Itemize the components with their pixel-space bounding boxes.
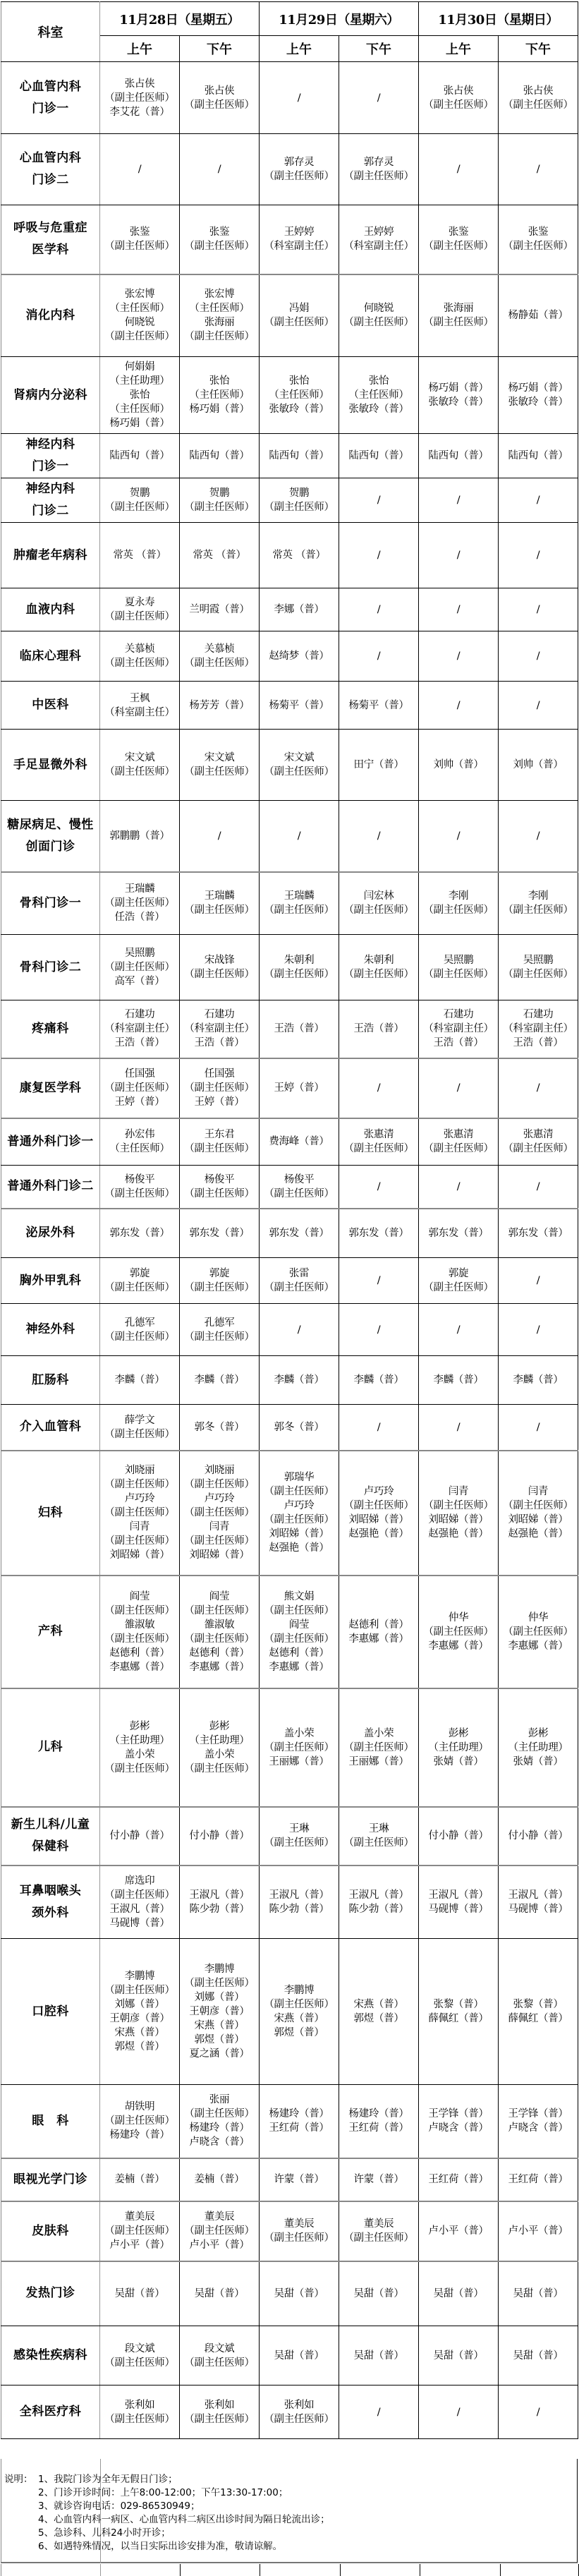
afternoon-slot-cell: / <box>339 1058 419 1118</box>
date-header-2: 11月29日（星期六） <box>260 2 419 36</box>
doctor-line: 卢小平（普） <box>419 2224 498 2238</box>
schedule-body: 心血管内科门诊一张占侠（副主任医师）李艾花（普）张占侠（副主任医师）//张占侠（… <box>1 62 578 2439</box>
department-cell: 手足显微外科 <box>1 730 100 801</box>
afternoon-slot-cell: 吴甜（普） <box>499 2261 578 2326</box>
doctor-line: 王婷婷 <box>260 225 339 239</box>
doctor-line: 李鹏博 <box>100 1969 179 1983</box>
morning-slot-cell: 贺鹏（副主任医师） <box>100 478 180 523</box>
afternoon-slot-cell: 常英 （普） <box>180 523 260 588</box>
morning-slot-cell: 杨建玲（普）王红荷（普） <box>260 2085 339 2158</box>
afternoon-slot-cell: 王婷婷（科室副主任） <box>339 205 419 274</box>
doctor-line: 杨巧娟（普） <box>180 402 259 416</box>
department-cell: 骨科门诊二 <box>1 935 100 1000</box>
doctor-line: 王婷（普） <box>100 1095 179 1109</box>
afternoon-slot-cell: 王学锋（普）卢晓含（普） <box>499 2085 578 2158</box>
afternoon-slot-cell: / <box>499 1405 578 1451</box>
doctor-line: 段文斌 <box>100 2342 179 2356</box>
doctor-line: 王浩（普） <box>339 1022 418 1036</box>
doctor-line: 赵德利（普） <box>339 1618 418 1632</box>
doctor-line: 陈少勃（普） <box>339 1902 418 1916</box>
afternoon-slot-cell: / <box>180 801 260 872</box>
doctor-line: （副主任医师） <box>180 765 259 779</box>
doctor-line: （副主任医师） <box>100 239 179 253</box>
doctor-line: （副主任医师） <box>339 1499 418 1513</box>
doctor-line: （副主任医师） <box>499 1499 578 1513</box>
afternoon-slot-cell: / <box>339 2385 419 2439</box>
afternoon-slot-cell: / <box>339 1166 419 1209</box>
morning-slot-cell: 席选印（副主任医师）王淑凡（普）马砚博（普） <box>100 1866 180 1939</box>
table-row: 儿科彭彬（主任助理）盖小荣（副主任医师）彭彬（主任助理）盖小荣（副主任医师）盖小… <box>1 1688 578 1807</box>
doctor-line: 王红荷（普） <box>419 2172 498 2187</box>
doctor-line: 王浩（普） <box>100 1036 179 1050</box>
department-name: 神经内科 <box>1 434 99 456</box>
half-header: 上午 <box>100 36 180 62</box>
morning-slot-cell: / <box>419 523 499 588</box>
doctor-line: （副主任医师） <box>419 1499 498 1513</box>
morning-slot-cell: 李麟（普） <box>260 1356 339 1405</box>
doctor-line: / <box>339 1323 418 1337</box>
doctor-line: 郭东发（普） <box>499 1226 578 1240</box>
doctor-line: （副主任医师） <box>260 1997 339 2012</box>
department-name: 消化内科 <box>1 305 99 327</box>
afternoon-slot-cell: 关慕桢（副主任医师） <box>180 631 260 682</box>
doctor-line: 王朝彦（普） <box>100 2012 179 2026</box>
afternoon-slot-cell: / <box>499 478 578 523</box>
morning-slot-cell: 王婷（普） <box>260 1058 339 1118</box>
table-row: 骨科门诊二吴照鹏（副主任医师）高军（普）宋战锋（副主任医师）朱朝利（副主任医师）… <box>1 935 578 1000</box>
doctor-line: 王婷（普） <box>180 1095 259 1109</box>
half-header: 上午 <box>260 36 339 62</box>
doctor-line: / <box>419 829 498 843</box>
afternoon-slot-cell: 彭彬（主任助理）张婧（普） <box>499 1688 578 1807</box>
doctor-line: 杨巧娟（普） <box>499 381 578 395</box>
doctor-line: 赵强艳（普） <box>260 1541 339 1555</box>
doctor-line: （副主任医师） <box>419 239 498 253</box>
doctor-line: 杨巧娟（普） <box>100 416 179 430</box>
note-item: 5、急诊科、儿科24小时开诊； <box>38 2527 330 2540</box>
doctor-line: 付小静（普） <box>499 1829 578 1843</box>
morning-slot-cell: 刘晓丽（副主任医师）卢巧玲（副主任医师）闫青（副主任医师）刘昭娣（普） <box>100 1451 180 1576</box>
doctor-line: / <box>339 1420 418 1434</box>
doctor-line: 陆西旬（普） <box>339 449 418 463</box>
doctor-line: 李刚 <box>419 889 498 903</box>
doctor-line: （副主任医师） <box>339 967 418 981</box>
morning-slot-cell: 董美辰（副主任医师）卢小平（普） <box>100 2201 180 2261</box>
doctor-line: 陆西旬（普） <box>100 449 179 463</box>
morning-slot-cell: / <box>419 478 499 523</box>
doctor-line: / <box>419 493 498 507</box>
doctor-line: 闫宏林 <box>339 889 418 903</box>
afternoon-slot-cell: / <box>499 588 578 631</box>
morning-slot-cell: 杨菊平（普） <box>260 682 339 730</box>
doctor-line: （副主任医师） <box>100 500 179 514</box>
department-name: 手足显微外科 <box>1 754 99 776</box>
doctor-line: （副主任医师） <box>260 1513 339 1527</box>
morning-slot-cell: 王枫（科室副主任） <box>100 682 180 730</box>
doctor-line: 刘昭娣（普） <box>419 1513 498 1527</box>
doctor-line: （副主任医师） <box>499 967 578 981</box>
doctor-line: （科室副主任） <box>100 1022 179 1036</box>
doctor-line: 王淑凡（普） <box>499 1888 578 1902</box>
doctor-line: 闫青 <box>100 1520 179 1534</box>
doctor-line: 张惠清 <box>499 1127 578 1142</box>
department-cell: 神经内科门诊二 <box>1 478 100 523</box>
department-cell: 发热门诊 <box>1 2261 100 2326</box>
doctor-line: 郭煜（普） <box>260 2026 339 2040</box>
table-row: 介入血管科薛学文（副主任医师）郭冬（普）郭冬（普）/// <box>1 1405 578 1451</box>
afternoon-slot-cell: 朱朝利（副主任医师） <box>339 935 419 1000</box>
afternoon-slot-cell: / <box>180 134 260 205</box>
afternoon-slot-cell: 杨菊平（普） <box>339 682 419 730</box>
doctor-line: （主任助理） <box>419 1741 498 1755</box>
doctor-line: 张敏玲（普） <box>499 395 578 409</box>
doctor-line: 杨静茹（普） <box>499 308 578 322</box>
doctor-line: 李艾花（普） <box>100 105 179 119</box>
doctor-line: 高军（普） <box>100 974 179 988</box>
department-name: 眼 科 <box>1 2110 99 2132</box>
department-name: 介入血管科 <box>1 1416 99 1438</box>
doctor-line: 闫青 <box>180 1520 259 1534</box>
department-cell: 心血管内科门诊一 <box>1 62 100 134</box>
afternoon-slot-cell: 阎莹（副主任医师）雒淑敏（副主任医师）赵德利（普）李惠娜（普） <box>180 1576 260 1688</box>
doctor-line: 段文斌 <box>180 2342 259 2356</box>
doctor-line: 卢小平（普） <box>180 2238 259 2252</box>
department-name: 新生儿科/儿童 <box>1 1814 99 1836</box>
doctor-line: （副主任医师） <box>180 239 259 253</box>
doctor-line: 刘帅（普） <box>499 758 578 772</box>
doctor-line: （副主任医师） <box>419 98 498 112</box>
doctor-line: 陆西旬（普） <box>260 449 339 463</box>
doctor-line: （副主任医师） <box>339 2231 418 2245</box>
doctor-line: 宋文斌 <box>100 751 179 765</box>
morning-slot-cell: 郭冬（普） <box>260 1405 339 1451</box>
doctor-line: 吴甜（普） <box>260 2287 339 2301</box>
department-name: 血液内科 <box>1 599 99 621</box>
afternoon-slot-cell: 张黎（普）薛佩红（普） <box>499 1939 578 2085</box>
table-row: 心血管内科门诊一张占侠（副主任医师）李艾花（普）张占侠（副主任医师）//张占侠（… <box>1 62 578 134</box>
doctor-line: 吴甜（普） <box>100 2287 179 2301</box>
doctor-line: （科室副主任） <box>339 239 418 253</box>
table-row: 口腔科李鹏博（副主任医师）刘娜（普）王朝彦（普）宋燕（普）郭煜（普）李鹏博（副主… <box>1 1939 578 2085</box>
table-row: 血液内科夏永寿（副主任医师）兰明霞（普）李娜（普）/// <box>1 588 578 631</box>
department-cell: 妇科 <box>1 1451 100 1576</box>
note-item: 3、就诊咨询电话：029-86530949； <box>38 2500 330 2513</box>
morning-slot-cell: 张鉴（副主任医师） <box>419 205 499 274</box>
doctor-line: 王婷婷 <box>339 225 418 239</box>
doctor-line: 王浩（普） <box>419 1036 498 1050</box>
doctor-line: （副主任医师） <box>260 967 339 981</box>
doctor-line: / <box>499 1323 578 1337</box>
morning-slot-cell: 胡铁明（副主任医师）杨建玲（普） <box>100 2085 180 2158</box>
doctor-line: 李惠娜（普） <box>339 1632 418 1646</box>
doctor-line: （副主任医师） <box>100 1330 179 1344</box>
doctor-line: 陈少勃（普） <box>260 1902 339 1916</box>
doctor-line: 何娟娟 <box>100 360 179 374</box>
doctor-line: 王红荷（普） <box>260 2121 339 2135</box>
doctor-line: 郭东发（普） <box>100 1226 179 1240</box>
doctor-line: / <box>499 493 578 507</box>
morning-slot-cell: 费海峰（普） <box>260 1118 339 1166</box>
doctor-line: 姜楠（普） <box>180 2172 259 2187</box>
doctor-line: 孙宏伟 <box>100 1127 179 1142</box>
doctor-line: （副主任医师） <box>100 656 179 670</box>
morning-slot-cell: 段文斌（副主任医师） <box>100 2326 180 2385</box>
afternoon-slot-cell: 王淑凡（普）陈少勃（普） <box>339 1866 419 1939</box>
doctor-line: （副主任医师） <box>180 98 259 112</box>
department-cell: 康复医学科 <box>1 1058 100 1118</box>
morning-slot-cell: 李鹏博（副主任医师）宋燕（普）郭煜（普） <box>260 1939 339 2085</box>
doctor-line: / <box>499 2405 578 2419</box>
afternoon-slot-cell: 田宁（普） <box>339 730 419 801</box>
afternoon-slot-cell: 郭东发（普） <box>339 1209 419 1258</box>
department-name: 眼视光学门诊 <box>1 2169 99 2191</box>
doctor-line: 王学锋（普） <box>499 2107 578 2121</box>
doctor-line: 宋燕（普） <box>339 1997 418 2012</box>
morning-slot-cell: 朱朝利（副主任医师） <box>260 935 339 1000</box>
doctor-line: 郭旋 <box>100 1266 179 1281</box>
doctor-line: （副主任医师） <box>339 1741 418 1755</box>
doctor-line: （副主任医师） <box>180 656 259 670</box>
doctor-line: / <box>499 548 578 562</box>
doctor-line: 刘昭娣（普） <box>100 1548 179 1562</box>
doctor-line: （副主任医师） <box>100 1534 179 1548</box>
morning-slot-cell: 张利如（副主任医师） <box>260 2385 339 2439</box>
afternoon-slot-cell: 吴甜（普） <box>499 2326 578 2385</box>
note-item: 1、我院门诊为全年无假日门诊； <box>38 2473 330 2486</box>
morning-slot-cell: 王淑凡（普）陈少勃（普） <box>260 1866 339 1939</box>
morning-slot-cell: 杨巧娟（普）张敏玲（普） <box>419 357 499 434</box>
doctor-line: （副主任医师） <box>100 1281 179 1295</box>
doctor-line: 薛佩红（普） <box>419 2012 498 2026</box>
morning-slot-cell: 张占侠（副主任医师）李艾花（普） <box>100 62 180 134</box>
morning-slot-cell: 张占侠（副主任医师） <box>419 62 499 134</box>
doctor-line: 郭东发（普） <box>260 1226 339 1240</box>
doctor-line: / <box>499 699 578 713</box>
doctor-line: 宋文斌 <box>180 751 259 765</box>
morning-slot-cell: 张惠清（副主任医师） <box>419 1118 499 1166</box>
doctor-line: 卢晓含（普） <box>180 2135 259 2149</box>
doctor-line: 付小静（普） <box>100 1829 179 1843</box>
doctor-line: 吴甜（普） <box>499 2287 578 2301</box>
doctor-line: （主任医师） <box>100 402 179 416</box>
doctor-line: 朱朝利 <box>260 953 339 967</box>
doctor-line: 彭彬 <box>499 1727 578 1741</box>
doctor-line: 李麟（普） <box>180 1373 259 1387</box>
afternoon-slot-cell: 郭存灵（副主任医师） <box>339 134 419 205</box>
doctor-line: / <box>339 2405 418 2419</box>
doctor-line: 李刚 <box>499 889 578 903</box>
doctor-line: 宋燕（普） <box>100 2026 179 2040</box>
afternoon-slot-cell: 张鉴（副主任医师） <box>180 205 260 274</box>
date-header-3: 11月30日（星期日） <box>419 2 578 36</box>
doctor-line: （副主任医师） <box>499 239 578 253</box>
doctor-line: / <box>499 1420 578 1434</box>
doctor-line: 张海丽 <box>419 301 498 315</box>
doctor-line: / <box>260 91 339 105</box>
doctor-line: / <box>339 1274 418 1288</box>
afternoon-slot-cell: 王东君（副主任医师） <box>180 1118 260 1166</box>
afternoon-slot-cell: 赵德利（普）李惠娜（普） <box>339 1576 419 1688</box>
doctor-line: （副主任医师） <box>100 91 179 105</box>
doctor-line: 吴甜（普） <box>499 2349 578 2363</box>
department-name: 骨科门诊二 <box>1 957 99 979</box>
doctor-line: 张利如 <box>100 2398 179 2412</box>
doctor-line: 张婧（普） <box>499 1755 578 1769</box>
doctor-line: （副主任医师） <box>339 1142 418 1156</box>
department-cell: 神经内科门诊一 <box>1 434 100 478</box>
doctor-line: 李惠娜（普） <box>100 1660 179 1674</box>
department-cell: 疼痛科 <box>1 1000 100 1058</box>
department-name: 门诊二 <box>1 169 99 191</box>
doctor-line: 费海峰（普） <box>260 1135 339 1149</box>
doctor-line: 夏之涵（普） <box>180 2047 259 2061</box>
doctor-line: 李娜（普） <box>260 603 339 617</box>
table-row: 肿瘤老年病科常英 （普）常英 （普）常英 （普）/// <box>1 523 578 588</box>
morning-slot-cell: / <box>260 1304 339 1356</box>
doctor-line: 张占侠 <box>180 84 259 98</box>
doctor-line: （副主任医师） <box>260 315 339 329</box>
doctor-line: （副主任医师） <box>100 1632 179 1646</box>
doctor-line: / <box>339 548 418 562</box>
morning-slot-cell: / <box>419 631 499 682</box>
morning-slot-cell: 郭东发（普） <box>260 1209 339 1258</box>
doctor-line: 王淑凡（普） <box>419 1888 498 1902</box>
doctor-line: （主任医师） <box>339 388 418 402</box>
doctor-line: （副主任医师） <box>100 960 179 974</box>
header-date-row: 科室 11月28日（星期五） 11月29日（星期六） 11月30日（星期日） <box>1 2 578 36</box>
doctor-line: （主任助理） <box>100 374 179 388</box>
doctor-line: （副主任医师） <box>100 1477 179 1492</box>
department-cell: 普通外科门诊一 <box>1 1118 100 1166</box>
notes-section: 说明： 1、我院门诊为全年无假日门诊； 2、门诊开诊时间：上午8:00-12:0… <box>1 2459 578 2563</box>
department-name: 心血管内科 <box>1 147 99 169</box>
morning-slot-cell: 刘帅（普） <box>419 730 499 801</box>
department-name: 肾病内分泌科 <box>1 385 99 406</box>
afternoon-slot-cell: 王瑞麟（副主任医师） <box>180 872 260 935</box>
half-header: 下午 <box>180 36 260 62</box>
doctor-line: （副主任医师） <box>419 1142 498 1156</box>
doctor-line: 陈少勃（普） <box>180 1902 259 1916</box>
doctor-line: 李鹏博 <box>180 1962 259 1976</box>
note-item: 4、心血管内科一病区、心血管内科二病区出诊时间为隔日轮流出诊； <box>38 2513 330 2527</box>
doctor-line: / <box>260 829 339 843</box>
doctor-line: （科室副主任） <box>499 1022 578 1036</box>
department-name: 医学科 <box>1 239 99 261</box>
table-row: 耳鼻咽喉头颈外科席选印（副主任医师）王淑凡（普）马砚博（普）王淑凡（普）陈少勃（… <box>1 1866 578 1939</box>
note-item: 2、门诊开诊时间：上午8:00-12:00；下午13:30-17:00； <box>38 2486 330 2500</box>
divider <box>260 2564 260 2576</box>
doctor-line: 阎莹 <box>100 1590 179 1604</box>
divider <box>180 2564 181 2576</box>
afternoon-slot-cell: / <box>339 1405 419 1451</box>
department-name: 胸外甲乳科 <box>1 1270 99 1292</box>
department-cell: 感染性疾病科 <box>1 2326 100 2385</box>
morning-slot-cell: 吴甜（普） <box>100 2261 180 2326</box>
afternoon-slot-cell: 杨建玲（普）王红荷（普） <box>339 2085 419 2158</box>
doctor-line: 石建功 <box>180 1008 259 1022</box>
doctor-line: 王浩（普） <box>260 1022 339 1036</box>
department-name: 肛肠科 <box>1 1369 99 1391</box>
doctor-line: 郭东发（普） <box>419 1226 498 1240</box>
table-row: 糖尿病足、慢性创面门诊郭鹏鹏（普）///// <box>1 801 578 872</box>
afternoon-slot-cell: 姜楠（普） <box>180 2158 260 2201</box>
department-cell: 糖尿病足、慢性创面门诊 <box>1 801 100 872</box>
doctor-line: 王浩（普） <box>499 1036 578 1050</box>
department-name: 全科医疗科 <box>1 2401 99 2423</box>
morning-slot-cell: 孔德军（副主任医师） <box>100 1304 180 1356</box>
doctor-line: 郭东发（普） <box>339 1226 418 1240</box>
afternoon-slot-cell: / <box>499 134 578 205</box>
afternoon-slot-cell: 王浩（普） <box>339 1000 419 1058</box>
afternoon-slot-cell: 张丽（副主任医师）杨建玲（普）卢晓含（普） <box>180 2085 260 2158</box>
department-cell: 产科 <box>1 1576 100 1688</box>
doctor-line: （副主任医师） <box>339 903 418 917</box>
table-row: 普通外科门诊一孙宏伟（主任医师）王东君（副主任医师）费海峰（普）张惠清（副主任医… <box>1 1118 578 1166</box>
morning-slot-cell: 王琳（副主任医师） <box>260 1807 339 1866</box>
department-name: 保健科 <box>1 1836 99 1858</box>
afternoon-slot-cell: 吴照鹏（副主任医师） <box>499 935 578 1000</box>
doctor-line: 彭彬 <box>100 1719 179 1734</box>
doctor-line: 陆西旬（普） <box>180 449 259 463</box>
department-name: 呼吸与危重症 <box>1 217 99 239</box>
doctor-line: 董美辰 <box>180 2210 259 2224</box>
morning-slot-cell: 吴照鹏（副主任医师） <box>419 935 499 1000</box>
department-name: 妇科 <box>1 1502 99 1524</box>
morning-slot-cell: / <box>419 134 499 205</box>
divider <box>420 2564 420 2576</box>
afternoon-slot-cell: 杨芳芳（普） <box>180 682 260 730</box>
doctor-line: / <box>419 1081 498 1095</box>
doctor-line: 郭瑞华 <box>260 1470 339 1484</box>
table-row: 康复医学科任国强（副主任医师）王婷（普）任国强（副主任医师）王婷（普）王婷（普）… <box>1 1058 578 1118</box>
afternoon-slot-cell: 张鉴（副主任医师） <box>499 205 578 274</box>
department-cell: 耳鼻咽喉头颈外科 <box>1 1866 100 1939</box>
doctor-line: （副主任医师） <box>180 2356 259 2370</box>
morning-slot-cell: 郭存灵（副主任医师） <box>260 134 339 205</box>
doctor-line: （副主任医师） <box>100 765 179 779</box>
divider <box>100 2564 101 2576</box>
department-cell: 呼吸与危重症医学科 <box>1 205 100 274</box>
doctor-line: （主任助理） <box>100 1734 179 1748</box>
morning-slot-cell: 陆西旬（普） <box>260 434 339 478</box>
doctor-line: 杨建玲（普） <box>339 2107 418 2121</box>
doctor-line: 王红荷（普） <box>339 2121 418 2135</box>
doctor-line: 何晓锐 <box>339 301 418 315</box>
doctor-line: （科室副主任） <box>419 1022 498 1036</box>
table-row: 全科医疗科张利如（副主任医师）张利如（副主任医师）张利如（副主任医师）/// <box>1 2385 578 2439</box>
morning-slot-cell: / <box>419 1405 499 1451</box>
department-cell: 消化内科 <box>1 274 100 357</box>
department-name: 中医科 <box>1 694 99 716</box>
department-name: 康复医学科 <box>1 1077 99 1099</box>
morning-slot-cell: 王浩（普） <box>260 1000 339 1058</box>
doctor-line: 薛佩红（普） <box>499 2012 578 2026</box>
doctor-line: 张宏博 <box>100 287 179 301</box>
doctor-line: 杨菊平（普） <box>260 699 339 713</box>
afternoon-slot-cell: 王红荷（普） <box>499 2158 578 2201</box>
doctor-line: 李惠娜（普） <box>260 1660 339 1674</box>
department-name: 临床心理科 <box>1 646 99 667</box>
doctor-line: 兰明霞（普） <box>180 603 259 617</box>
doctor-line: 卢晓含（普） <box>499 2121 578 2135</box>
doctor-line: / <box>499 1274 578 1288</box>
afternoon-slot-cell: / <box>339 62 419 134</box>
doctor-line: 马砚博（普） <box>419 1902 498 1916</box>
doctor-line: 郭旋 <box>419 1266 498 1281</box>
morning-slot-cell: 杨俊平（副主任医师） <box>100 1166 180 1209</box>
morning-slot-cell: 石建功（科室副主任）王浩（普） <box>419 1000 499 1058</box>
afternoon-slot-cell: 石建功（科室副主任）王浩（普） <box>180 1000 260 1058</box>
